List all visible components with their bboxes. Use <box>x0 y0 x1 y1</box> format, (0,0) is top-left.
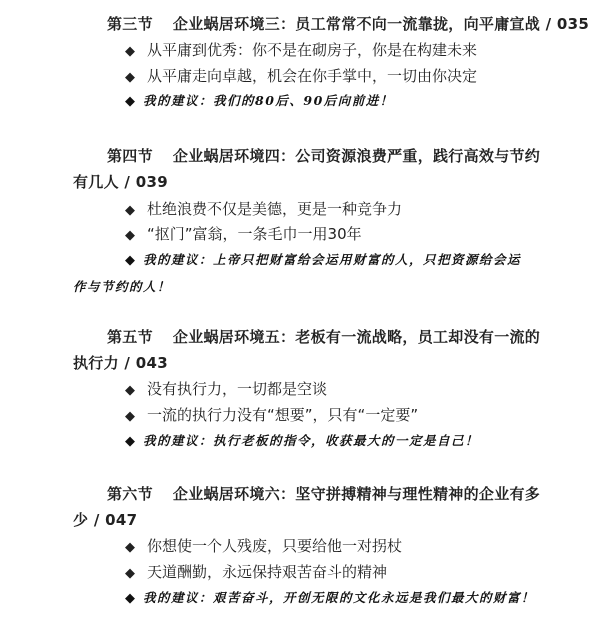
section-5-heading-cont: 执行力 / 043 <box>73 353 168 373</box>
diamond-bullet-icon: ◆ <box>125 68 139 88</box>
suggestion-note: ◆我的建议：艰苦奋斗，开创无限的文化永远是我们最大的财富！ <box>125 588 535 609</box>
diamond-bullet-icon: ◆ <box>125 42 139 62</box>
section-6-heading: 第六节企业蜗居环境六：坚守拼搏精神与理性精神的企业有多 <box>107 484 540 504</box>
note-text: 我的建议：我们的80后、90后向前进！ <box>143 93 394 108</box>
list-item: ◆从平庸到优秀：你不是在砌房子，你是在构建未来 <box>125 40 477 62</box>
bullet-text: 你想使一个人残废，只要给他一对拐杖 <box>147 537 402 555</box>
section-title: 企业蜗居环境三：员工常常不向一流靠拢，向平庸宣战 / 035 <box>173 15 589 33</box>
diamond-bullet-icon: ◆ <box>125 589 139 609</box>
section-4-heading-cont: 有几人 / 039 <box>73 172 168 192</box>
section-title: 企业蜗居环境五：老板有一流战略，员工却没有一流的 <box>173 328 540 346</box>
section-label: 第四节 <box>107 147 153 165</box>
note-text: 我的建议：上帝只把财富给会运用财富的人，只把资源给会运 <box>143 252 521 267</box>
suggestion-note: ◆我的建议：上帝只把财富给会运用财富的人，只把资源给会运 <box>125 250 521 271</box>
section-3-heading: 第三节企业蜗居环境三：员工常常不向一流靠拢，向平庸宣战 / 035 <box>107 14 589 34</box>
note-text: 我的建议：艰苦奋斗，开创无限的文化永远是我们最大的财富！ <box>143 590 535 605</box>
diamond-bullet-icon: ◆ <box>125 432 139 452</box>
bullet-text: 杜绝浪费不仅是美德，更是一种竞争力 <box>147 200 402 218</box>
section-6-heading-cont: 少 / 047 <box>73 510 137 530</box>
section-5-heading: 第五节企业蜗居环境五：老板有一流战略，员工却没有一流的 <box>107 327 540 347</box>
suggestion-note-cont: 作与节约的人！ <box>73 277 171 297</box>
suggestion-note: ◆我的建议：我们的80后、90后向前进！ <box>125 91 394 112</box>
bullet-text: 没有执行力，一切都是空谈 <box>147 380 327 398</box>
diamond-bullet-icon: ◆ <box>125 564 139 584</box>
list-item: ◆没有执行力，一切都是空谈 <box>125 379 327 401</box>
section-title: 企业蜗居环境六：坚守拼搏精神与理性精神的企业有多 <box>173 485 540 503</box>
note-text: 我的建议：执行老板的指令，收获最大的一定是自己！ <box>143 433 479 448</box>
suggestion-note: ◆我的建议：执行老板的指令，收获最大的一定是自己！ <box>125 431 479 452</box>
section-label: 第三节 <box>107 15 153 33</box>
bullet-text: 从平庸走向卓越，机会在你手掌中，一切由你决定 <box>147 67 477 85</box>
list-item: ◆从平庸走向卓越，机会在你手掌中，一切由你决定 <box>125 66 477 88</box>
list-item: ◆一流的执行力没有“想要”，只有“一定要” <box>125 405 418 427</box>
diamond-bullet-icon: ◆ <box>125 538 139 558</box>
bullet-text: 天道酬勤，永远保持艰苦奋斗的精神 <box>147 563 387 581</box>
list-item: ◆你想使一个人残废，只要给他一对拐杖 <box>125 536 402 558</box>
section-label: 第五节 <box>107 328 153 346</box>
list-item: ◆杜绝浪费不仅是美德，更是一种竞争力 <box>125 199 402 221</box>
diamond-bullet-icon: ◆ <box>125 201 139 221</box>
list-item: ◆“抠门”富翁，一条毛巾一用30年 <box>125 224 362 246</box>
diamond-bullet-icon: ◆ <box>125 251 139 271</box>
diamond-bullet-icon: ◆ <box>125 407 139 427</box>
section-title: 企业蜗居环境四：公司资源浪费严重，践行高效与节约 <box>173 147 540 165</box>
diamond-bullet-icon: ◆ <box>125 381 139 401</box>
bullet-text: “抠门”富翁，一条毛巾一用30年 <box>147 225 362 243</box>
section-4-heading: 第四节企业蜗居环境四：公司资源浪费严重，践行高效与节约 <box>107 146 540 166</box>
section-label: 第六节 <box>107 485 153 503</box>
diamond-bullet-icon: ◆ <box>125 92 139 112</box>
bullet-text: 从平庸到优秀：你不是在砌房子，你是在构建未来 <box>147 41 477 59</box>
diamond-bullet-icon: ◆ <box>125 226 139 246</box>
list-item: ◆天道酬勤，永远保持艰苦奋斗的精神 <box>125 562 387 584</box>
bullet-text: 一流的执行力没有“想要”，只有“一定要” <box>147 406 418 424</box>
